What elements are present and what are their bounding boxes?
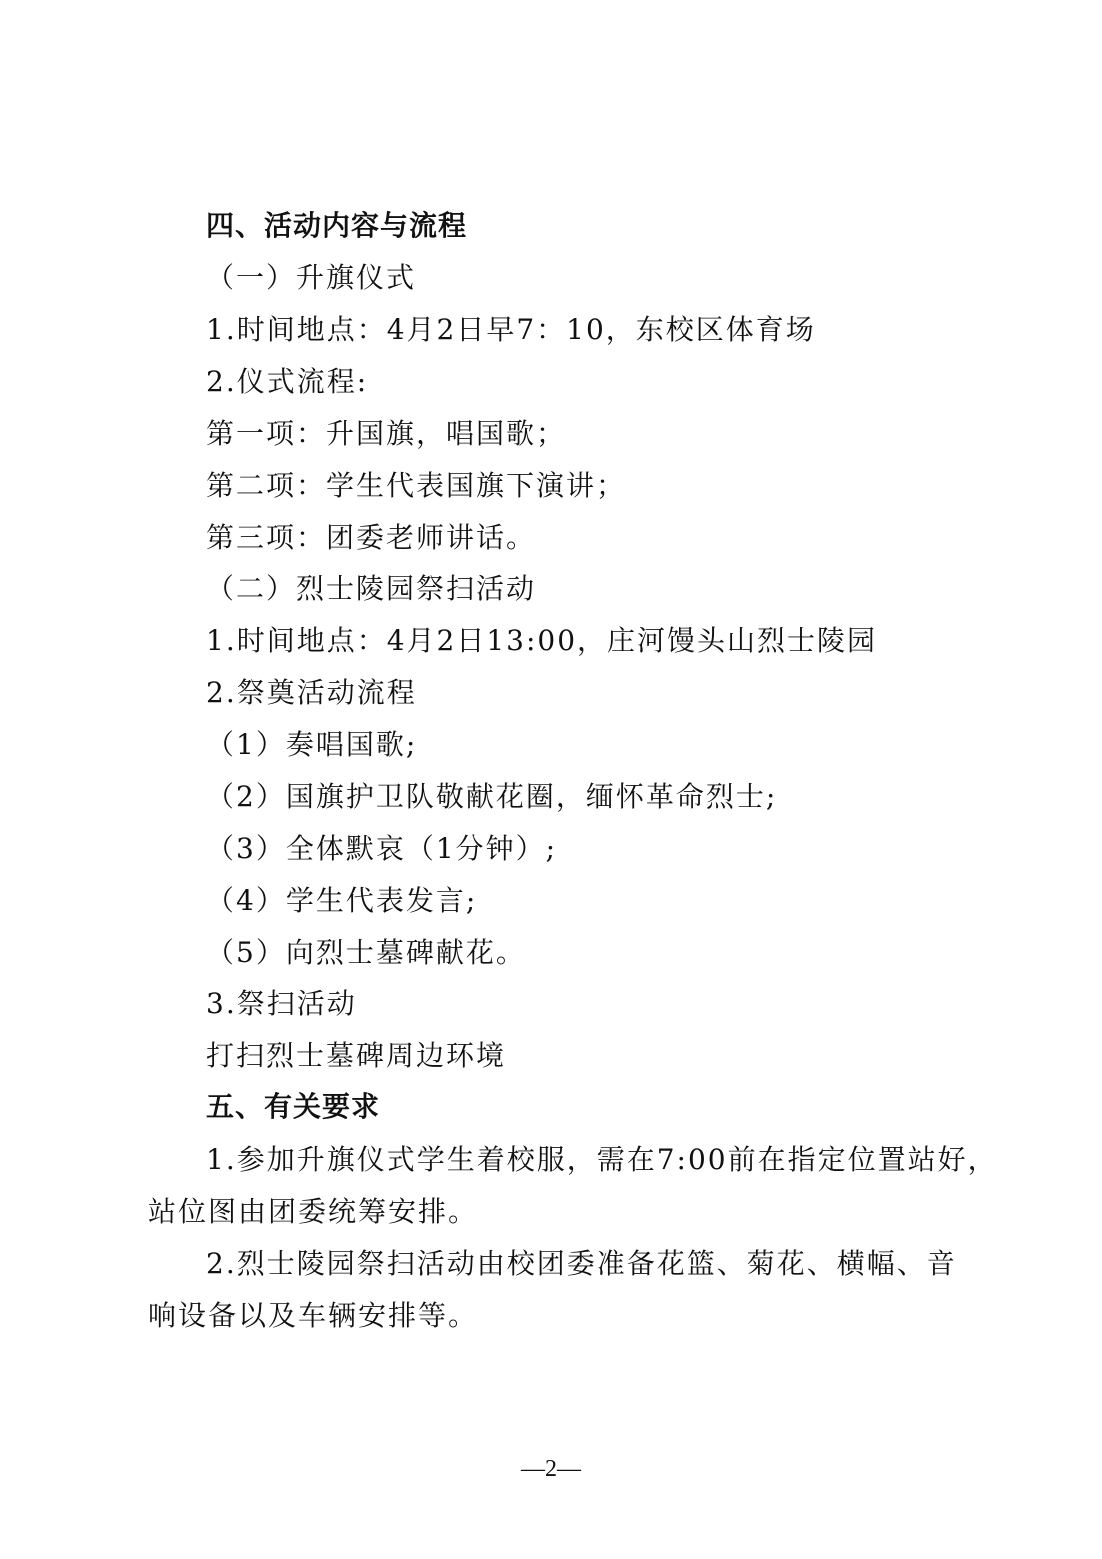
- memorial-step-5: （5）向烈士墓碑献花。: [206, 936, 526, 970]
- subsection-title-flag-raising: （一）升旗仪式: [206, 261, 416, 295]
- subsection-title-cemetery: （二）烈士陵园祭扫活动: [206, 572, 536, 606]
- page-number: —2—: [0, 1456, 1102, 1483]
- section-heading-requirements: 五、有关要求: [206, 1090, 380, 1124]
- ceremony-step-1: 第一项：升国旗，唱国歌；: [206, 417, 566, 451]
- requirement-2-line-2: 响设备以及车辆安排等。: [148, 1299, 478, 1333]
- flag-raising-time-location: 1.时间地点：4月2日早7：10，东校区体育场: [206, 313, 816, 347]
- ceremony-process-label: 2.仪式流程:: [206, 365, 368, 399]
- memorial-step-3: （3）全体默哀（1分钟）;: [206, 832, 557, 866]
- document-page: 四、活动内容与流程 （一）升旗仪式 1.时间地点：4月2日早7：10，东校区体育…: [0, 0, 1102, 1559]
- cemetery-time-location: 1.时间地点：4月2日13:00，庄河馒头山烈士陵园: [206, 624, 877, 658]
- ceremony-step-3: 第三项：团委老师讲话。: [206, 521, 536, 555]
- memorial-step-4: （4）学生代表发言;: [206, 884, 477, 918]
- requirement-2-line-1: 2.烈士陵园祭扫活动由校团委准备花篮、菊花、横幅、音: [206, 1247, 957, 1281]
- ceremony-step-2: 第二项：学生代表国旗下演讲；: [206, 469, 626, 503]
- sweeping-activity-detail: 打扫烈士墓碑周边环境: [206, 1039, 506, 1073]
- section-heading-activity-content: 四、活动内容与流程: [206, 209, 467, 243]
- memorial-process-label: 2.祭奠活动流程: [206, 676, 417, 710]
- requirement-1-line-1: 1.参加升旗仪式学生着校服，需在7:00前在指定位置站好，: [206, 1143, 998, 1177]
- requirement-1-line-2: 站位图由团委统筹安排。: [148, 1195, 478, 1229]
- memorial-step-1: （1）奏唱国歌;: [206, 728, 417, 762]
- sweeping-activity-label: 3.祭扫活动: [206, 987, 357, 1021]
- memorial-step-2: （2）国旗护卫队敬献花圈，缅怀革命烈士;: [206, 780, 777, 814]
